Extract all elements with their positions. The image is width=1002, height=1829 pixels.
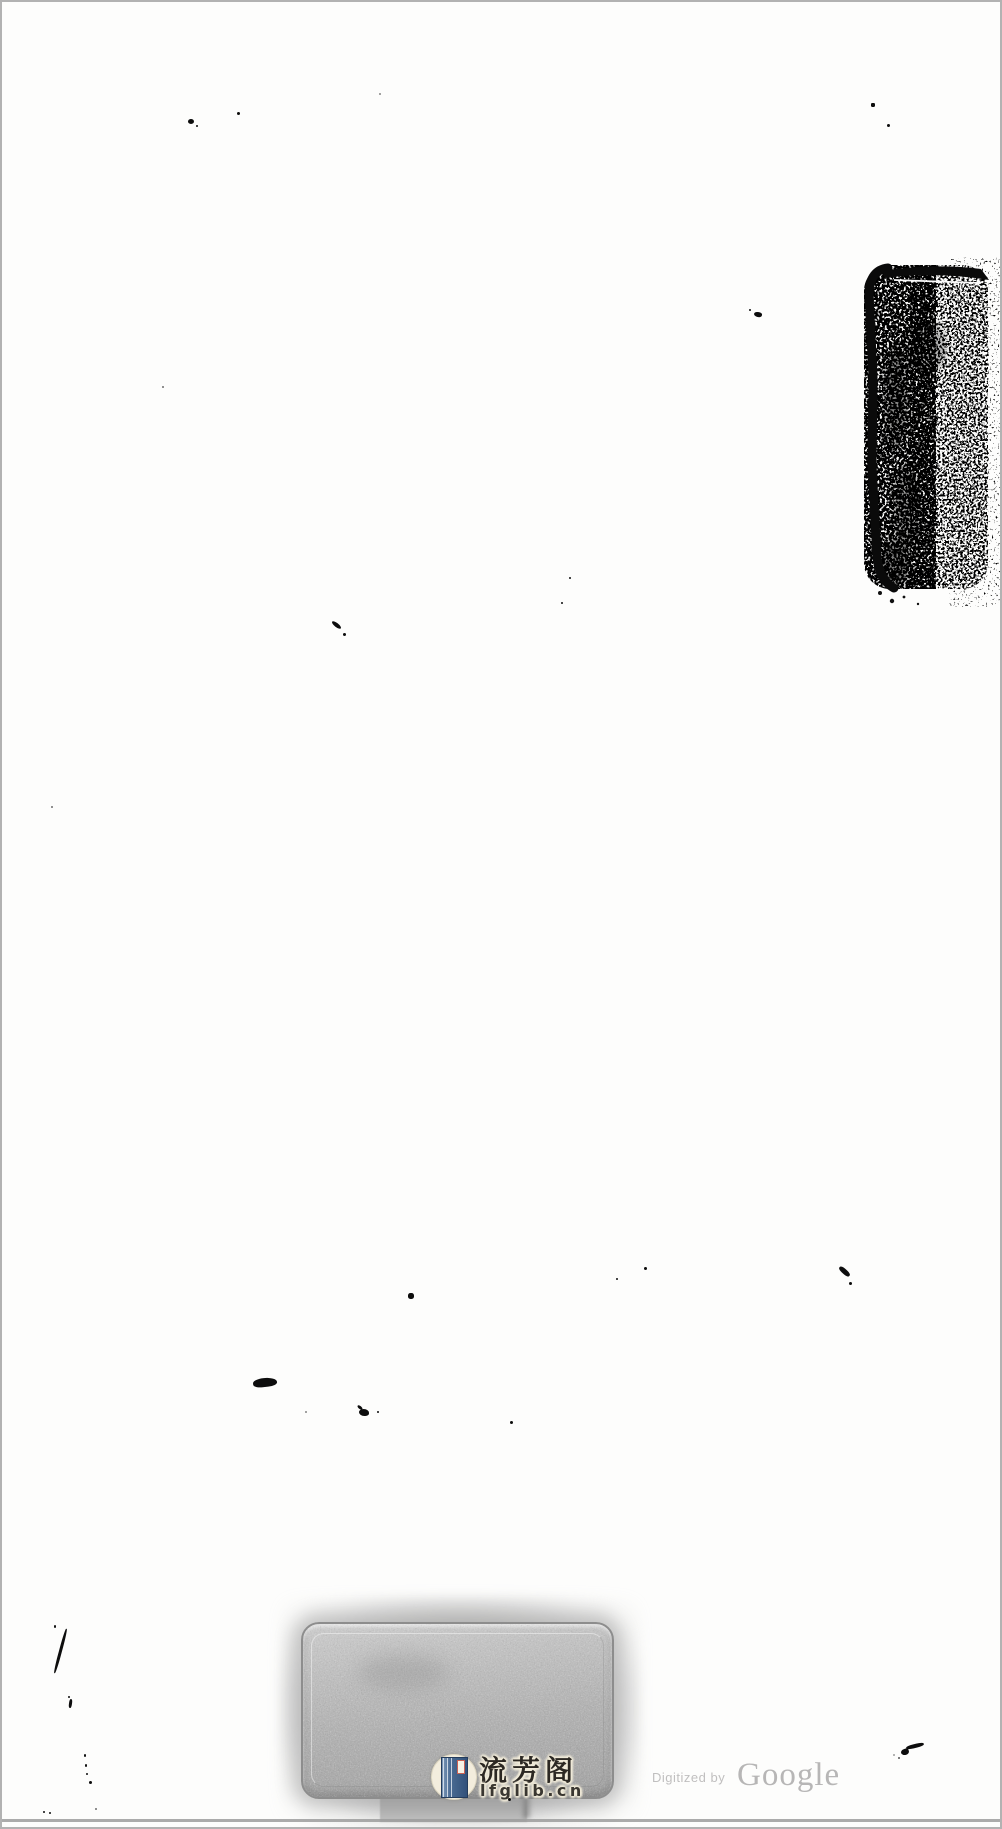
ink-speck [49, 1812, 51, 1814]
book-title-label [457, 1760, 465, 1774]
ink-speck [898, 1757, 900, 1759]
watermark-badge [431, 1754, 477, 1800]
ink-speck [377, 1411, 379, 1413]
ink-speck [906, 1742, 924, 1750]
clip-smudge [358, 1654, 448, 1690]
ink-speck [569, 577, 571, 579]
ink-speck [887, 124, 890, 127]
ink-speck [331, 620, 342, 630]
ink-speck [253, 1377, 278, 1388]
ink-speck [85, 1764, 87, 1767]
page-scan: 流芳阁 lfglib.cn Digitized by Google [0, 0, 1002, 1829]
ink-speck [237, 112, 240, 115]
ink-speck [53, 1628, 68, 1673]
ink-speck [68, 1699, 72, 1708]
ink-speck [343, 633, 346, 636]
ink-speck [644, 1267, 647, 1270]
ink-speck [893, 1754, 895, 1756]
ink-speck [188, 119, 194, 124]
ink-speck [43, 1811, 45, 1813]
ink-speck [162, 386, 164, 388]
ink-speck [849, 1282, 852, 1285]
google-logo: Google [737, 1757, 840, 1794]
book-icon [441, 1757, 468, 1798]
ink-speck [753, 311, 762, 318]
ink-speck [196, 125, 198, 127]
ink-speck [84, 1754, 86, 1757]
ink-speck [510, 1421, 513, 1424]
ink-speck [838, 1265, 851, 1277]
ink-speck [749, 309, 751, 311]
ink-speck [561, 602, 563, 604]
ink-speck [305, 1411, 307, 1413]
watermark-site-url: lfglib.cn [480, 1781, 585, 1800]
ink-speck [51, 806, 53, 808]
digitized-by-label: Digitized by [652, 1770, 725, 1785]
ink-stamp-blob [854, 257, 1002, 607]
ink-speck [359, 1409, 369, 1416]
ink-speck [616, 1278, 618, 1280]
ink-speck [95, 1808, 97, 1810]
ink-speck [89, 1781, 92, 1784]
page-bottom-edge-line [2, 1819, 1000, 1822]
ink-speck [408, 1293, 414, 1299]
ink-speck [54, 1625, 56, 1628]
ink-speck [379, 93, 381, 95]
ink-speck [68, 1696, 70, 1698]
ink-speck [871, 103, 875, 107]
ink-speck [508, 1798, 511, 1801]
ink-speck [86, 1773, 88, 1775]
